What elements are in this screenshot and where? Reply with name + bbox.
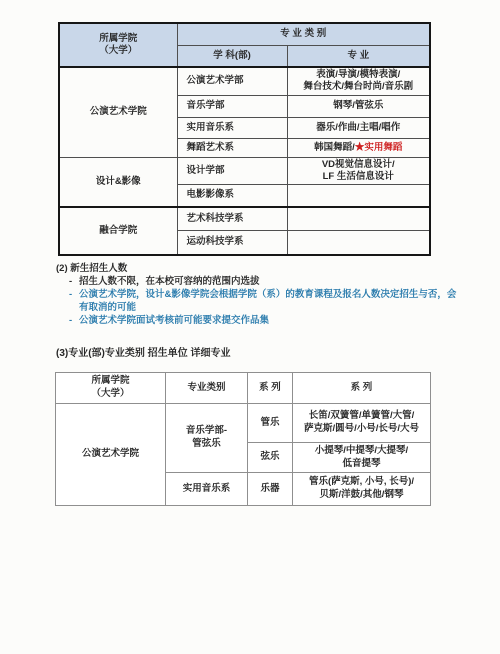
series-cell: 乐器 <box>248 473 293 506</box>
major-cell: 器乐/作曲/主唱/唱作 <box>287 117 430 138</box>
bullet-dash: - <box>69 288 79 314</box>
section3-heading: (3)专业(部)专业类别 招生单位 详细专业 <box>56 344 230 359</box>
table1-header-major: 专 业 <box>287 45 430 67</box>
dept-cell: 实用音乐系 <box>177 117 287 138</box>
detail-cell: 管乐(萨克斯, 小号, 长号)/ 贝斯/洋鼓/其他/钢琴 <box>293 473 431 506</box>
table1-header-dept: 学 科(部) <box>177 45 287 67</box>
major-cell <box>287 184 430 207</box>
category-cell: 实用音乐系 <box>166 473 248 506</box>
section-admission-numbers: (2) 新生招生人数 - 招生人数不限，在本校可容纳的范围内选拔 - 公演艺术学… <box>56 262 460 327</box>
bullet-item: - 招生人数不限，在本校可容纳的范围内选拔 <box>69 275 460 288</box>
dept-cell: 电影影像系 <box>177 184 287 207</box>
table1-header-college: 所属学院 （大学） <box>59 23 177 67</box>
bullet-item: - 公演艺术学院，设计&影像学院会根据学院（系）的教育课程及报名人数决定招生与否… <box>69 288 460 314</box>
table1-header-row-1: 所属学院 （大学） 专 业 类 别 <box>59 23 430 45</box>
dept-cell: 艺术科技学系 <box>177 207 287 230</box>
detail-cell: 长笛/双簧管/单簧管/大管/ 萨克斯/圆号/小号/长号/大号 <box>293 404 431 443</box>
table1-header-category: 专 业 类 别 <box>177 23 430 45</box>
dept-cell: 运动科技学系 <box>177 230 287 255</box>
bullet-dash: - <box>69 314 79 327</box>
dept-cell: 设计学部 <box>177 157 287 184</box>
major-text-plain: 韩国舞蹈/ <box>314 142 355 153</box>
major-cell: 韩国舞蹈/★实用舞蹈 <box>287 138 430 157</box>
table-row: 公演艺术学院 音乐学部- 管弦乐 管乐 长笛/双簧管/单簧管/大管/ 萨克斯/圆… <box>56 404 431 443</box>
college-cell-design-video: 设计&影像 <box>59 157 177 207</box>
major-cell: 表演/导演/模特表演/ 舞台技术/舞台时尚/音乐剧 <box>287 67 430 95</box>
section2-heading: (2) 新生招生人数 <box>56 262 460 275</box>
table-row: 公演艺术学院 公演艺术学部 表演/导演/模特表演/ 舞台技术/舞台时尚/音乐剧 <box>59 67 430 95</box>
college-major-table: 所属学院 （大学） 专 业 类 别 学 科(部) 专 业 公演艺术学院 公演艺术… <box>58 22 431 256</box>
major-text-highlight: ★实用舞蹈 <box>355 142 403 153</box>
major-cell <box>287 207 430 230</box>
bullet-text: 公演艺术学院面试考核前可能要求提交作品集 <box>79 314 460 327</box>
document-page: 所属学院 （大学） 专 业 类 别 学 科(部) 专 业 公演艺术学院 公演艺术… <box>0 0 500 654</box>
college-cell-performing-arts: 公演艺术学院 <box>56 404 166 506</box>
table2-header-series-detail: 系 列 <box>293 373 431 404</box>
dept-cell: 公演艺术学部 <box>177 67 287 95</box>
detail-cell: 小提琴/中提琴/大提琴/ 低音提琴 <box>293 443 431 473</box>
table-row: 融合学院 艺术科技学系 <box>59 207 430 230</box>
major-cell <box>287 230 430 255</box>
college-cell-convergence: 融合学院 <box>59 207 177 255</box>
orchestra-detail-table: 所属学院 （大学） 专业类别 系 列 系 列 公演艺术学院 音乐学部- 管弦乐 … <box>55 372 431 506</box>
major-cell: VD视觉信息设计/ LF 生活信息设计 <box>287 157 430 184</box>
dept-cell: 舞蹈艺术系 <box>177 138 287 157</box>
table2-header-category: 专业类别 <box>166 373 248 404</box>
table2-header-series: 系 列 <box>248 373 293 404</box>
series-cell: 弦乐 <box>248 443 293 473</box>
category-cell: 音乐学部- 管弦乐 <box>166 404 248 473</box>
table-row: 设计&影像 设计学部 VD视觉信息设计/ LF 生活信息设计 <box>59 157 430 184</box>
dept-cell: 音乐学部 <box>177 95 287 117</box>
college-cell-performing-arts: 公演艺术学院 <box>59 67 177 157</box>
bullet-dash: - <box>69 275 79 288</box>
table2-header-college: 所属学院 （大学） <box>56 373 166 404</box>
major-cell: 钢琴/管弦乐 <box>287 95 430 117</box>
series-cell: 管乐 <box>248 404 293 443</box>
bullet-text: 公演艺术学院，设计&影像学院会根据学院（系）的教育课程及报名人数决定招生与否，会… <box>79 288 460 314</box>
table2-header-row: 所属学院 （大学） 专业类别 系 列 系 列 <box>56 373 431 404</box>
bullet-item: - 公演艺术学院面试考核前可能要求提交作品集 <box>69 314 460 327</box>
bullet-text: 招生人数不限，在本校可容纳的范围内选拔 <box>79 275 460 288</box>
